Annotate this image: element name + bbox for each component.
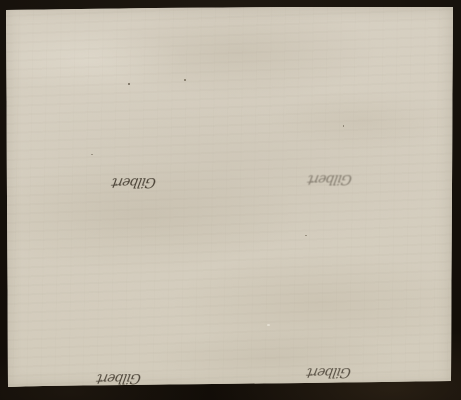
paper-speck [305, 235, 307, 236]
stamp-paper: Gilbert Gilbert Gilbert Gilbert [5, 6, 453, 388]
expert-signature-lower-left: Gilbert [96, 370, 143, 386]
paper-speck [184, 79, 186, 81]
photo-background: Gilbert Gilbert Gilbert Gilbert [0, 0, 461, 400]
paper-speck [267, 324, 270, 326]
paper-speck [343, 125, 344, 127]
expert-signature-upper-left: Gilbert [111, 174, 158, 190]
expert-signature-upper-right: Gilbert [307, 171, 354, 187]
paper-speck [128, 83, 130, 85]
expert-signature-lower-right: Gilbert [306, 364, 353, 380]
paper-grain-overlay [5, 6, 453, 388]
paper-fibre-texture [5, 6, 453, 388]
paper-speck [91, 154, 93, 155]
